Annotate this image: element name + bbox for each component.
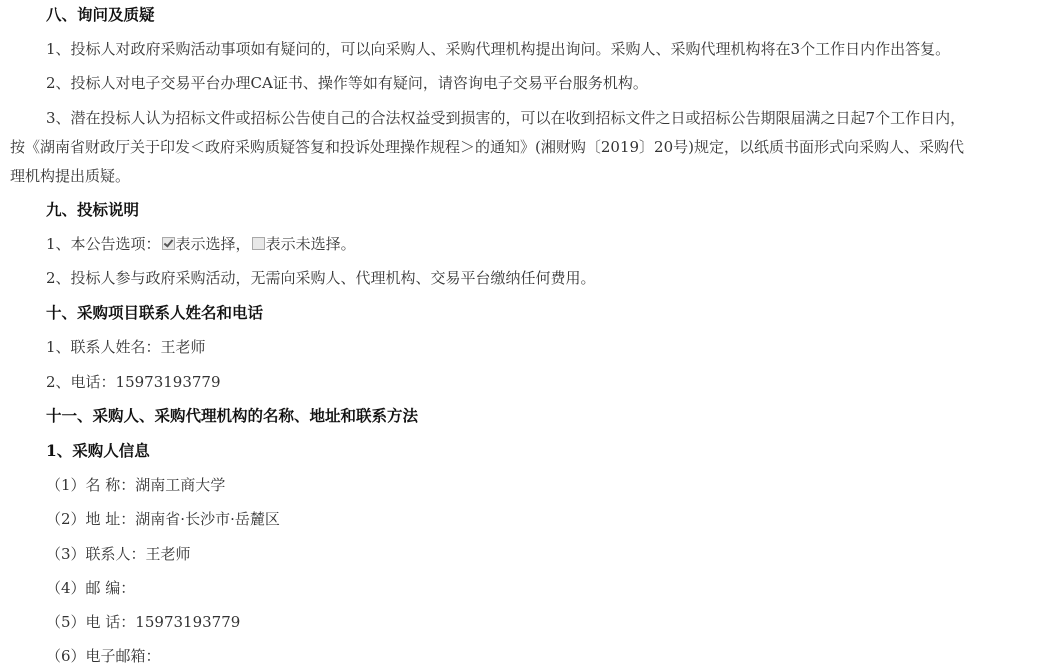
section-8-title: 八、询问及质疑: [46, 5, 155, 25]
section-8-paragraph-3-line-2: 按《湖南省财政厅关于印发＜政府采购质疑答复和投诉处理操作规程＞的通知》(湘财购〔…: [10, 137, 1055, 157]
checked-checkbox-icon: [162, 237, 175, 250]
purchaser-phone: （5）电 话：15973193779: [46, 612, 240, 632]
unchecked-legend-label: 表示未选择。: [266, 235, 356, 253]
purchaser-info-title: 1、采购人信息: [46, 441, 150, 461]
purchaser-name: （1）名 称：湖南工商大学: [46, 475, 225, 495]
option-legend-prefix: 1、本公告选项：: [46, 235, 161, 253]
section-9-title: 九、投标说明: [46, 200, 139, 220]
section-8-paragraph-3-line-3: 理机构提出质疑。: [10, 166, 130, 186]
section-9-paragraph-2: 2、投标人参与政府采购活动，无需向采购人、代理机构、交易平台缴纳任何费用。: [46, 268, 596, 288]
purchaser-contact-person: （3）联系人：王老师: [46, 544, 191, 564]
section-8-paragraph-1: 1、投标人对政府采购活动事项如有疑问的，可以向采购人、采购代理机构提出询问。采购…: [46, 39, 950, 59]
unchecked-checkbox-icon: [252, 237, 265, 250]
contact-name: 1、联系人姓名：王老师: [46, 337, 206, 357]
section-8-paragraph-2: 2、投标人对电子交易平台办理CA证书、操作等如有疑问，请咨询电子交易平台服务机构…: [46, 73, 648, 93]
purchaser-postcode: （4）邮 编：: [46, 578, 135, 598]
section-9-paragraph-1: 1、本公告选项：表示选择，表示未选择。: [46, 234, 356, 254]
purchaser-email: （6）电子邮箱：: [46, 646, 161, 666]
contact-phone: 2、电话：15973193779: [46, 372, 221, 392]
purchaser-address: （2）地 址：湖南省·长沙市·岳麓区: [46, 509, 280, 529]
section-10-title: 十、采购项目联系人姓名和电话: [46, 303, 263, 323]
section-11-title: 十一、采购人、采购代理机构的名称、地址和联系方法: [46, 406, 418, 426]
section-8-paragraph-3-line-1: 3、潜在投标人认为招标文件或招标公告使自己的合法权益受到损害的，可以在收到招标文…: [46, 108, 1053, 128]
checked-legend-label: 表示选择，: [176, 235, 251, 253]
